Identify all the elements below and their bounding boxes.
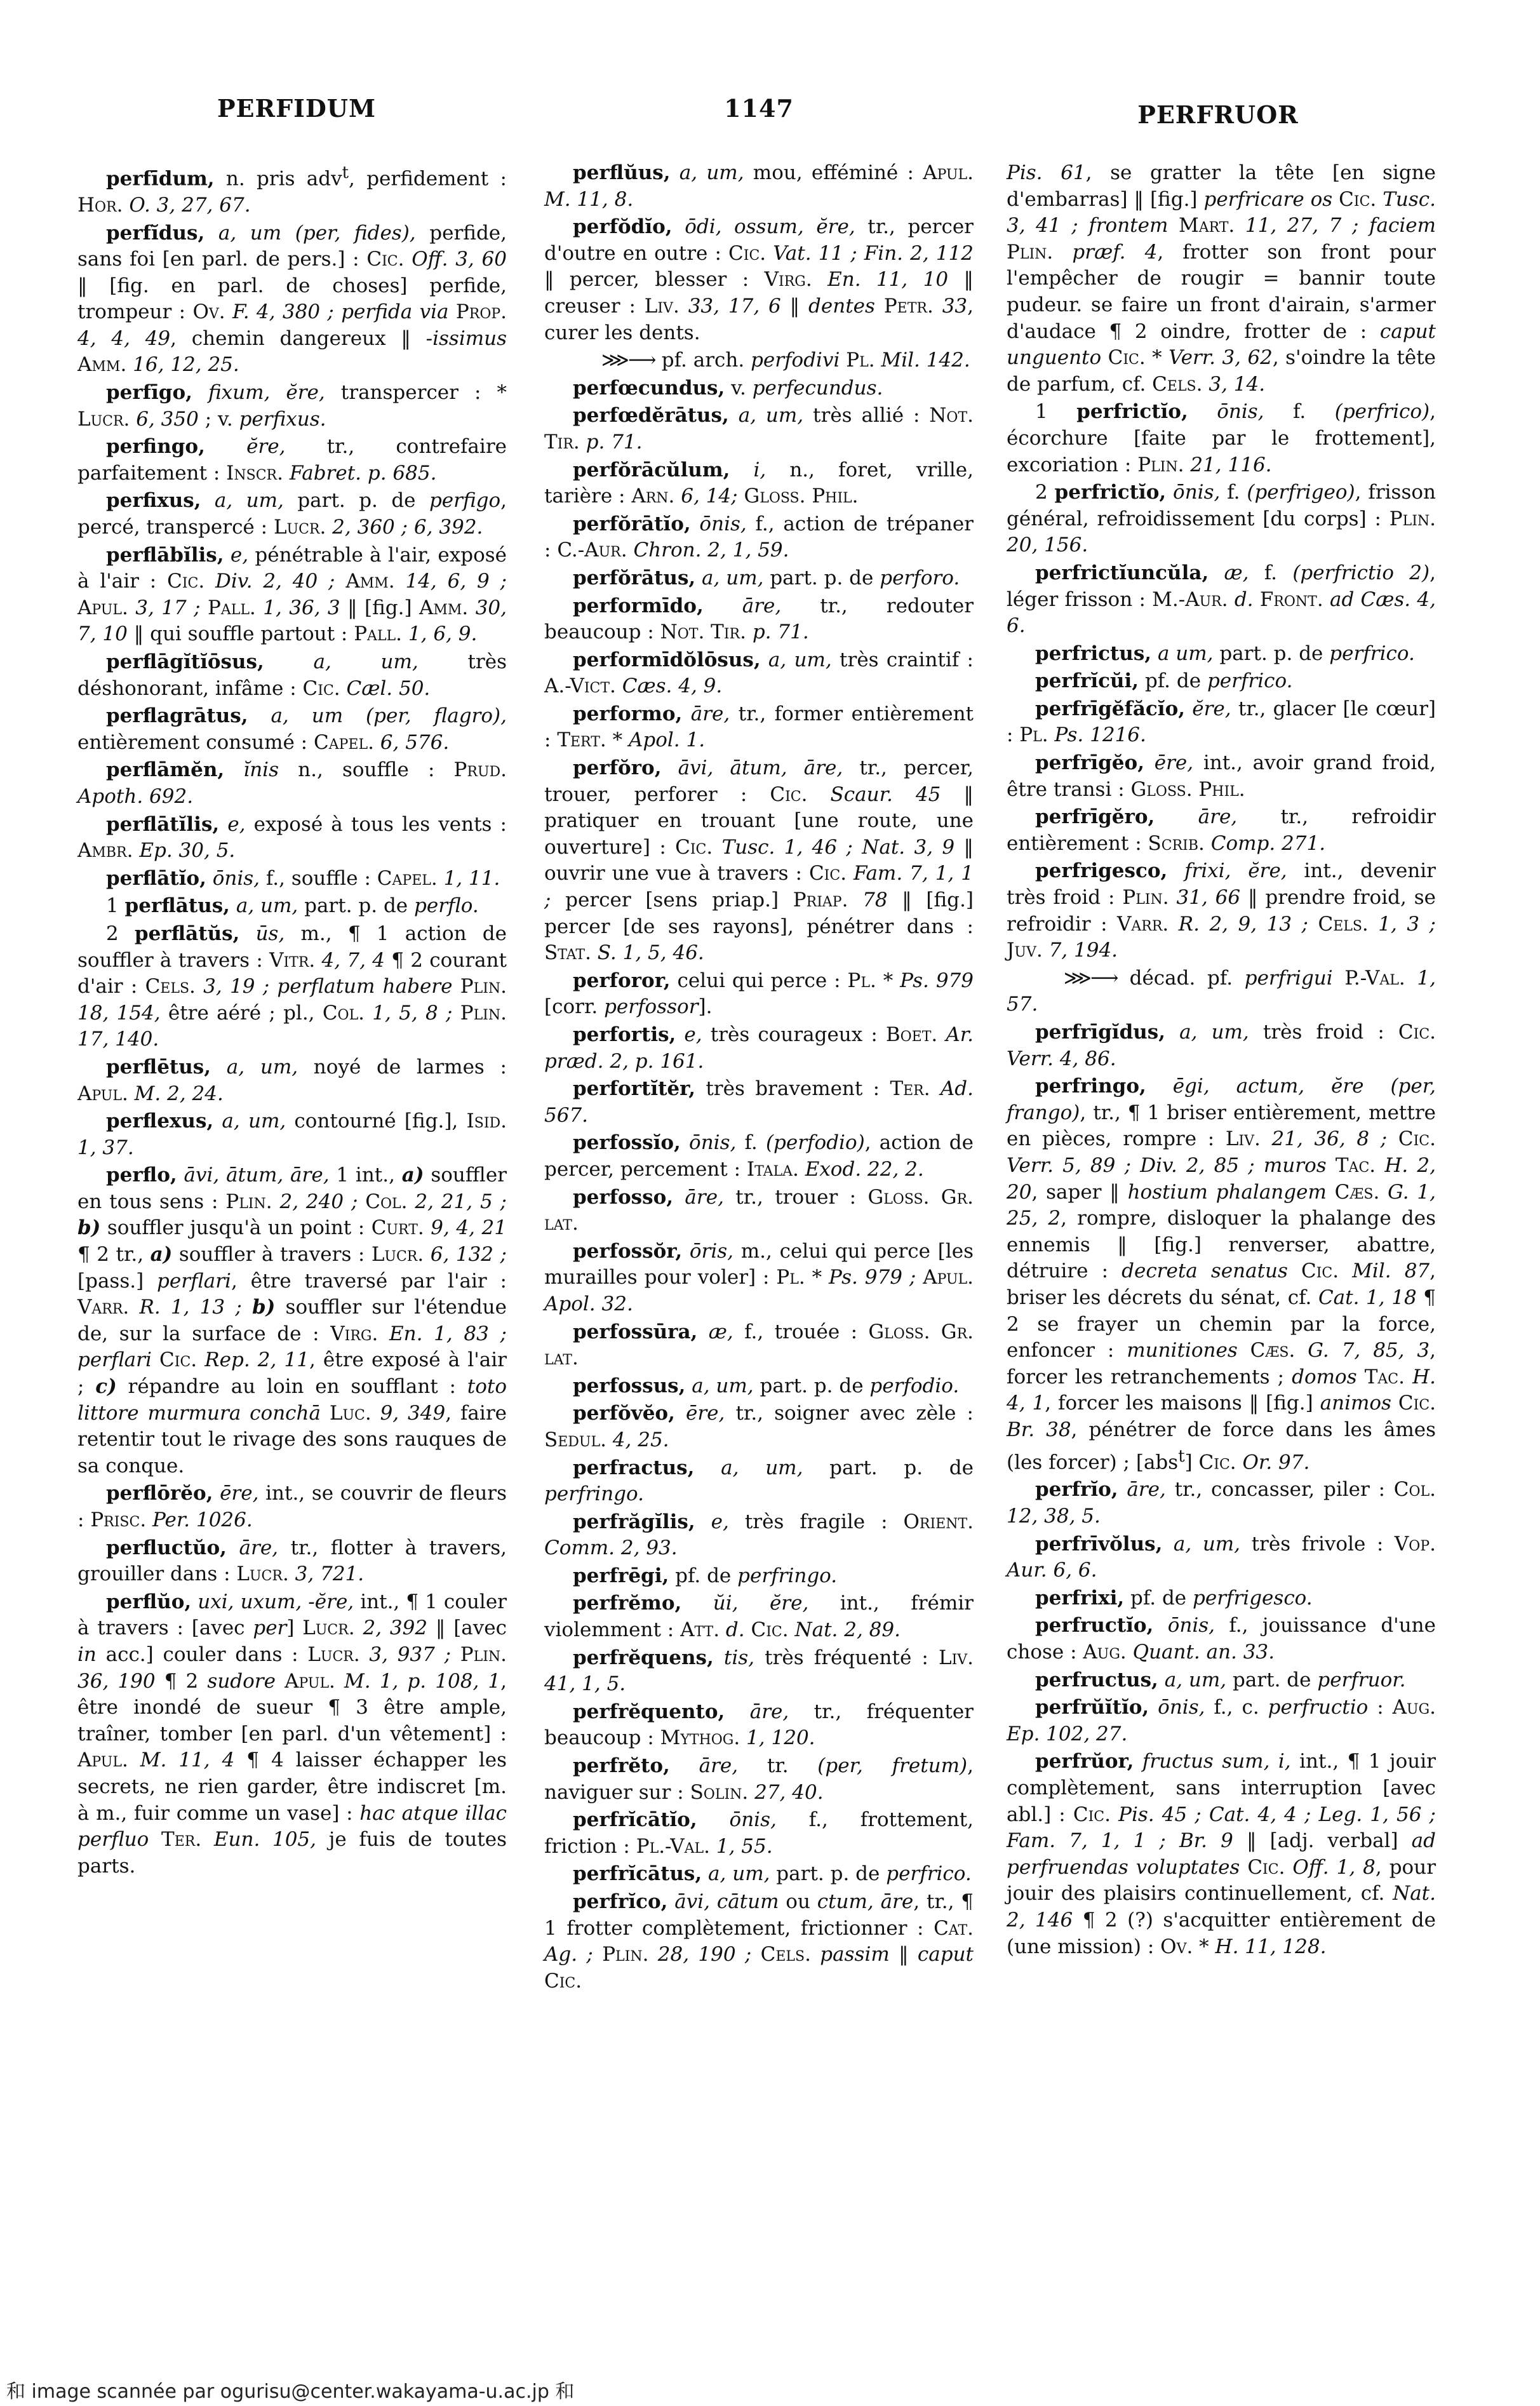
entry-text: a, um,	[761, 649, 832, 671]
headword: perfrīgĭdus,	[1035, 1021, 1165, 1044]
entry-text: Rep. 2, 11	[197, 1348, 309, 1371]
dictionary-entry: 2 perfrictĭo, ōnis, f. (perfrigeo), fris…	[1007, 480, 1436, 559]
entry-text	[738, 485, 744, 507]
entry-text: e,	[695, 1510, 729, 1533]
entry-text: āvi, ātum, āre,	[661, 756, 843, 779]
headword: perfrĭo,	[1035, 1478, 1118, 1501]
author-abbreviation: Juv.	[1007, 939, 1043, 962]
author-abbreviation: Pall.	[208, 596, 256, 619]
dictionary-entry: perflexus, a, um, contourné [fig.], Isid…	[77, 1108, 507, 1161]
entry-text	[1308, 913, 1318, 936]
dictionary-entry: perfŏrātus, a, um, part. p. de perforo.	[544, 565, 974, 592]
headword: perfĭdus,	[106, 222, 204, 245]
entry-text: 4, 25.	[606, 1428, 669, 1451]
entry-text: ēre,	[1144, 751, 1193, 774]
entry-text: a, um,	[1158, 1669, 1226, 1691]
entry-text: 1 int.,	[330, 1164, 402, 1186]
author-abbreviation: Not. Tir.	[660, 621, 746, 643]
dictionary-entry: 1 perflātus, a, um, part. p. de perflo.	[77, 893, 507, 920]
entry-text: ŭi, ĕre,	[681, 1592, 808, 1615]
entry-text: Mil. 142.	[875, 349, 970, 372]
entry-text: perfodio.	[869, 1374, 959, 1397]
entry-text: ōnis,	[1149, 1696, 1205, 1719]
entry-text: Verr. 5, 89 ; Div. 2, 85 ; muros	[1007, 1154, 1327, 1177]
entry-text: ctum, āre	[817, 1890, 913, 1913]
author-abbreviation: Pl.-Val.	[636, 1835, 710, 1858]
headword: perfrēgi,	[573, 1564, 669, 1587]
entry-text: a)	[151, 1243, 173, 1266]
entry-text: ; v.	[199, 408, 239, 431]
entry-text: *	[805, 1266, 829, 1289]
entry-text: a, um,	[1165, 1021, 1249, 1044]
entry-text: passim	[811, 1943, 890, 1966]
entry-text: t	[1178, 1447, 1184, 1466]
dictionary-entry: perfrīgĕfăcĭo, ĕre, tr., glacer [le cœur…	[1007, 696, 1436, 749]
entry-text: 3, 721.	[289, 1563, 364, 1585]
headword: perflagrātus,	[106, 704, 248, 727]
author-abbreviation: Pl.	[847, 969, 876, 992]
headword: perfossūra,	[573, 1321, 697, 1343]
entry-text: tr.	[738, 1754, 817, 1777]
entry-text: āvi, cātum	[667, 1890, 779, 1913]
entry-text: āre,	[682, 702, 730, 725]
headword: perfīgo,	[106, 381, 192, 404]
entry-text: Off. 1, 8	[1285, 1856, 1375, 1879]
dictionary-entry: perfortĭtĕr, très bravement : Ter. Ad. 5…	[544, 1076, 974, 1129]
entry-text: Ps. 1216.	[1048, 723, 1146, 746]
author-abbreviation: Tac.	[1365, 1366, 1405, 1388]
entry-text: ‖ qui souffle partout :	[128, 622, 354, 645]
dictionary-entry: performo, āre, tr., former entièrement :…	[544, 701, 974, 754]
entry-text: a um,	[1151, 642, 1213, 665]
entry-text: Ps. 979 ;	[829, 1266, 916, 1289]
entry-text: -issimus	[426, 327, 507, 350]
entry-text: v.	[725, 377, 752, 400]
entry-text: 78	[848, 889, 887, 911]
entry-text: perfrigesco.	[1193, 1587, 1313, 1610]
dictionary-entry: perflagrātus, a, um (per, flagro), entiè…	[77, 703, 507, 756]
entry-text	[1238, 1339, 1250, 1362]
entry-text: t	[342, 163, 349, 182]
entry-text: pf. de	[1139, 669, 1207, 692]
entry-text: très froid :	[1249, 1021, 1398, 1044]
dictionary-entry: perfossŏr, ōris, m., celui qui perce [le…	[544, 1239, 974, 1318]
entry-text: ‖ percer, blesser :	[544, 268, 765, 291]
dictionary-entry: perfossūra, æ, f., trouée : Gloss. Gr. l…	[544, 1319, 974, 1372]
author-abbreviation: Plin.	[225, 1190, 272, 1213]
headword: perfrictus,	[1035, 642, 1151, 665]
dictionary-entry: perfortis, e, très courageux : Boet. Ar.…	[544, 1022, 974, 1075]
headword: perfrŭĭtĭo,	[1035, 1696, 1149, 1719]
dictionary-entry: perfrĕmo, ŭi, ĕre, int., frémir violemme…	[544, 1590, 974, 1643]
entry-text: a, um,	[1162, 1533, 1240, 1556]
entry-text: ōnis,	[1166, 481, 1220, 504]
entry-text: 2	[1035, 481, 1055, 504]
headword: perfrĕquens,	[573, 1646, 714, 1669]
author-abbreviation: M.-Aur.	[1152, 588, 1228, 611]
author-abbreviation: Plin.	[1389, 507, 1436, 530]
entry-text: 1, 6, 9.	[402, 622, 477, 645]
entry-text: 1, 11.	[438, 867, 500, 890]
entry-text: 1, 36, 3	[256, 596, 340, 619]
author-abbreviation: Cic.	[770, 783, 807, 806]
dictionary-entry: ⋙⟶ décad. pf. perfrigui P.-Val. 1, 57.	[1007, 965, 1436, 1018]
entry-text: āre,	[1155, 805, 1237, 828]
dictionary-entry: perfingo, ĕre, tr., contrefaire parfaite…	[77, 434, 507, 487]
dictionary-entry: perflŭus, a, um, mou, efféminé : Apul. M…	[544, 160, 974, 213]
headword: perflāgĭtĭōsus,	[106, 650, 264, 673]
entry-text: 16, 12, 25.	[126, 353, 239, 376]
entry-text: 3, 17 ;	[128, 596, 201, 619]
author-abbreviation: Amm.	[345, 570, 394, 593]
author-abbreviation: Apul.	[77, 596, 128, 619]
dictionary-entry: perflāgĭtĭōsus, a, um, très déshonorant,…	[77, 649, 507, 702]
entry-text	[451, 1643, 460, 1666]
author-abbreviation: Vop.	[1395, 1533, 1436, 1556]
entry-text: [corr.	[544, 995, 604, 1018]
entry-text: 17, 140.	[77, 1028, 159, 1051]
entry-text: f.	[1220, 481, 1247, 504]
author-abbreviation: Apul.	[923, 161, 974, 184]
author-abbreviation: Hor.	[77, 194, 123, 217]
author-abbreviation: Lucr.	[77, 408, 130, 431]
author-abbreviation: Sedul.	[544, 1428, 606, 1451]
entry-text: Eun. 105,	[201, 1828, 316, 1851]
entry-text: 2, 21, 5 ;	[408, 1190, 507, 1213]
entry-text: O. 3, 27, 67.	[123, 194, 251, 217]
entry-text: perfrigui	[1245, 967, 1333, 990]
headword: perflātĭlis,	[106, 813, 219, 836]
entry-text: 41, 1, 5.	[544, 1672, 626, 1695]
entry-text: fructus sum, i,	[1134, 1750, 1290, 1773]
entry-text: caput	[918, 1943, 974, 1966]
headword: perfrăgĭlis,	[573, 1510, 695, 1533]
entry-text: d.	[1228, 588, 1254, 611]
entry-text	[593, 1943, 602, 1966]
author-abbreviation: Inscr.	[226, 462, 283, 485]
entry-text: āre,	[227, 1536, 278, 1559]
author-abbreviation: Prop.	[456, 300, 507, 323]
entry-text	[152, 1348, 159, 1371]
entry-text: dentes	[808, 295, 875, 318]
entry-text	[149, 1828, 161, 1851]
author-abbreviation: Plin.	[1137, 454, 1184, 476]
entry-text: Ag. ;	[544, 1943, 593, 1966]
dictionary-entry: perfrŭor, fructus sum, i, int., ¶ 1 joui…	[1007, 1749, 1436, 1960]
headword: perfŏrācŭlum,	[573, 459, 730, 481]
author-abbreviation: Lucr.	[372, 1243, 424, 1266]
entry-text: 11, 27, 7 ; faciem	[1235, 214, 1436, 237]
entry-text: souffler à travers :	[172, 1243, 372, 1266]
headword: perfŏvĕo,	[573, 1402, 675, 1425]
dictionary-entry: perfīdum, n. pris advt, perfidement : Ho…	[77, 160, 507, 219]
headword: perfrīgĕro,	[1035, 805, 1155, 828]
author-abbreviation: Plin.	[460, 1002, 507, 1025]
entry-text: f.	[1249, 561, 1293, 584]
author-abbreviation: Cels.	[1318, 913, 1368, 936]
entry-text: Aur. 6, 6.	[1007, 1559, 1097, 1582]
dictionary-entry: perfrĕquento, āre, tr., fréquenter beauc…	[544, 1699, 974, 1752]
entry-text: fixum, ĕre,	[192, 381, 325, 404]
dictionary-entry: perfossus, a, um, part. p. de perfodio.	[544, 1373, 974, 1400]
entry-text: M. 11, 4	[128, 1749, 235, 1771]
dictionary-entry: perfrīgĕro, āre, tr., refroidir entièrem…	[1007, 804, 1436, 857]
dictionary-entry: perfructus, a, um, part. de perfruor.	[1007, 1667, 1436, 1694]
entry-text: ōdi, ossum, ĕre,	[673, 215, 855, 238]
entry-text: Pis. 61	[1007, 161, 1086, 184]
entry-text: animos	[1320, 1392, 1391, 1415]
entry-text: Br. 38	[1007, 1418, 1071, 1441]
dictionary-entry: perfixus, a, um, part. p. de perfigo, pe…	[77, 488, 507, 541]
entry-text: āre,	[670, 1754, 738, 1777]
entry-text: Mil. 87	[1339, 1260, 1430, 1282]
entry-text: f., souffle :	[260, 867, 377, 890]
entry-text: (perfodio)	[766, 1131, 865, 1154]
entry-text: domos	[1292, 1366, 1356, 1388]
entry-text: a, um,	[213, 1110, 286, 1132]
entry-text	[745, 1618, 751, 1641]
author-abbreviation: Pl.	[846, 349, 874, 372]
entry-text: acc.] couler dans :	[97, 1643, 307, 1666]
author-abbreviation: Cic.	[167, 570, 204, 593]
entry-text: ēre,	[675, 1402, 725, 1425]
headword: perfrĕquento,	[573, 1700, 725, 1723]
entry-text: Cæl. 50.	[340, 677, 431, 700]
dictionary-entry: perfīgo, fixum, ĕre, transpercer : * Luc…	[77, 380, 507, 433]
entry-text: perfixus.	[239, 408, 326, 431]
entry-text: uxi, uxum, -ĕre,	[191, 1590, 354, 1613]
headword: perfosso,	[573, 1186, 673, 1209]
entry-text	[1332, 188, 1339, 211]
author-abbreviation: Amm.	[77, 353, 126, 376]
author-abbreviation: Boet.	[886, 1023, 937, 1046]
headword: perfŏro,	[573, 756, 662, 779]
entry-text: part. p. de	[298, 894, 414, 917]
entry-text: b)	[252, 1296, 275, 1319]
entry-text: ēre,	[213, 1482, 258, 1505]
entry-text: 27, 40.	[748, 1781, 823, 1804]
entry-text	[1333, 967, 1345, 990]
entry-text: perfricare os	[1203, 188, 1332, 211]
entry-text: i,	[730, 459, 766, 481]
entry-text: *	[606, 729, 629, 751]
dictionary-entry: perfrictus, a um, part. p. de perfrico.	[1007, 641, 1436, 668]
author-abbreviation: Pl.	[1019, 723, 1048, 746]
entry-text: 1, 55.	[710, 1835, 773, 1858]
entry-text: ‖ [fig.]	[340, 596, 419, 619]
entry-text: a, um (per, fides),	[204, 222, 415, 245]
entry-text	[358, 1190, 365, 1213]
author-abbreviation: Cic.	[728, 242, 766, 265]
entry-text: a, um,	[694, 1456, 803, 1479]
entry-text: Ep. 102, 27.	[1007, 1723, 1127, 1745]
dictionary-entry: perfrăgĭlis, e, très fragile : Orient. C…	[544, 1509, 974, 1562]
entry-text: ¶ 2	[156, 1670, 208, 1693]
entry-text: a, um,	[211, 1056, 298, 1079]
author-abbreviation: Tac.	[1336, 1154, 1376, 1177]
author-abbreviation: Curt.	[372, 1216, 424, 1239]
entry-text: tis,	[714, 1646, 754, 1669]
headword: perflāmĕn,	[106, 758, 224, 781]
entry-text: 33, 17, 6	[680, 295, 781, 318]
entry-text	[1327, 1181, 1335, 1204]
entry-text: noyé de larmes :	[298, 1056, 507, 1079]
entry-text: āvi, ātum, āre,	[177, 1164, 330, 1186]
headword: perfixus,	[106, 489, 201, 512]
entry-text: :	[1368, 1696, 1392, 1719]
entry-text: 4, 7, 4	[315, 949, 385, 972]
author-abbreviation: Cic.	[1108, 346, 1146, 369]
entry-text: 2, 392	[355, 1616, 427, 1639]
entry-text: perflo.	[414, 894, 479, 917]
entry-text: part. p. de	[754, 1374, 870, 1397]
headword: perflētus,	[106, 1056, 211, 1079]
dictionary-entry: perfrĕto, āre, tr. (per, fretum), navigu…	[544, 1753, 974, 1806]
entry-text: æ,	[1209, 561, 1249, 584]
dictionary-entry: perfŏvĕo, ēre, tr., soigner avec zèle : …	[544, 1401, 974, 1453]
entry-text: Per. 1026.	[146, 1509, 253, 1531]
dictionary-entry: perfossĭo, ōnis, f. (perfodio), action d…	[544, 1130, 974, 1183]
entry-text: perfructio	[1268, 1696, 1369, 1719]
author-abbreviation: Mart.	[1179, 214, 1235, 237]
entry-text: être aéré ; pl.,	[161, 1002, 323, 1025]
entry-text: *	[876, 969, 900, 992]
entry-text: ‖ [avec	[427, 1616, 507, 1639]
dictionary-entry: performīdŏlōsus, a, um, très craintif : …	[544, 647, 974, 700]
scan-credit-footer: 和 image scannée par ogurisu@center.wakay…	[6, 2376, 574, 2403]
entry-text: 21, 116.	[1184, 454, 1272, 476]
dictionary-entry: perflātĭo, ōnis, f., souffle : Capel. 1,…	[77, 866, 507, 892]
author-abbreviation: Isid.	[467, 1110, 507, 1132]
entry-text: ĕre,	[205, 435, 286, 458]
entry-text: f.	[736, 1131, 766, 1154]
entry-text: perfringo.	[544, 1482, 644, 1505]
author-abbreviation: Ter.	[161, 1828, 201, 1851]
author-abbreviation: Cels.	[761, 1943, 811, 1966]
entry-text: decreta senatus	[1122, 1260, 1288, 1282]
dictionary-entry: perfringo, ēgi, actum, ĕre (per, frango)…	[1007, 1073, 1436, 1475]
author-abbreviation: Lucr.	[302, 1616, 354, 1639]
entry-text: Apol. 1.	[629, 729, 705, 751]
headword: perflōrĕo,	[106, 1482, 213, 1505]
dictionary-entry: perfrixi, pf. de perfrigesco.	[1007, 1585, 1436, 1612]
headword: perfrictĭo,	[1055, 481, 1167, 504]
entry-text: pf. de	[1124, 1587, 1193, 1610]
dictionary-entry: perfŏrātĭo, ōnis, f., action de trépaner…	[544, 511, 974, 564]
dictionary-entry: perflātĭlis, e, exposé à tous les vents …	[77, 812, 507, 864]
headword: perfossus,	[573, 1374, 685, 1397]
entry-text: part. p. de	[770, 1862, 886, 1885]
entry-text	[1357, 1366, 1365, 1388]
entry-text: 18, 154,	[77, 1002, 161, 1025]
headword: perfrĭco,	[573, 1890, 668, 1913]
headword: perfrĭcātus,	[573, 1862, 702, 1885]
entry-text	[452, 1002, 460, 1025]
entry-text: ].	[699, 995, 713, 1018]
dictionary-entry: perflābĭlis, e, pénétrable à l'air, expo…	[77, 542, 507, 648]
headword: perfortis,	[573, 1023, 676, 1046]
author-abbreviation: Luc.	[330, 1402, 372, 1425]
dictionary-entry: perfrictĭuncŭla, æ, f. (perfrictio 2), l…	[1007, 560, 1436, 640]
entry-text: *	[1146, 346, 1168, 369]
entry-text: 6, 132 ;	[424, 1243, 507, 1266]
entry-text	[1327, 1154, 1336, 1177]
dictionary-entry: perfŏrācŭlum, i, n., foret, vrille, tari…	[544, 457, 974, 510]
author-abbreviation: Ov.	[1160, 1935, 1193, 1958]
dictionary-entry: perfractus, a, um, part. p. de perfringo…	[544, 1455, 974, 1508]
entry-text: f., trouée :	[733, 1321, 869, 1343]
entry-text: , perfidement :	[349, 167, 507, 190]
entry-text: 33	[934, 295, 967, 318]
entry-text: M. 2, 24.	[128, 1082, 224, 1105]
entry-text: a, um,	[702, 1862, 770, 1885]
entry-text: frixi, ĕre,	[1167, 859, 1287, 882]
entry-text: ĭnis	[224, 758, 279, 781]
author-abbreviation: Prud.	[454, 758, 507, 781]
entry-text: très craintif :	[832, 649, 974, 671]
author-abbreviation: Orient.	[903, 1510, 974, 1533]
entry-text	[335, 570, 345, 593]
entry-text: Apol. 32.	[544, 1293, 633, 1315]
dictionary-column-3: Pis. 61, se gratter la tête [en signe d'…	[1007, 160, 1436, 1961]
entry-text: ōnis,	[691, 513, 747, 535]
entry-text: , être traversé par l'air :	[231, 1270, 507, 1293]
entry-text: munitiones	[1127, 1339, 1238, 1362]
author-abbreviation: A.-Vict.	[544, 675, 616, 697]
author-abbreviation: Stat.	[544, 941, 591, 964]
entry-text: 3, 937 ;	[360, 1643, 451, 1666]
dictionary-entry: perfosso, āre, tr., trouer : Gloss. Gr. …	[544, 1185, 974, 1237]
author-abbreviation: Gloss. Phil.	[744, 485, 858, 507]
entry-text: Quant. an. 33.	[1127, 1641, 1275, 1663]
headword: perfrixi,	[1035, 1587, 1124, 1610]
headword: perflŭo,	[106, 1590, 191, 1613]
entry-text: Vat. 11 ; Fin. 2, 112	[766, 242, 974, 265]
entry-text	[1387, 1127, 1398, 1150]
entry-text: , chemin dangereux ‖	[170, 327, 425, 350]
headword: perfrĭcātĭo,	[573, 1808, 697, 1831]
entry-text: 1, 120.	[740, 1726, 815, 1749]
entry-text: Ep. 30, 5.	[133, 839, 236, 862]
entry-text: e,	[224, 544, 249, 567]
entry-text: très fréquenté :	[754, 1646, 939, 1669]
author-abbreviation: Plin.	[460, 975, 507, 998]
dictionary-entry: perfŏro, āvi, ātum, āre, tr., percer, tr…	[544, 755, 974, 967]
dictionary-entry: perfrīgĕo, ēre, int., avoir grand froid,…	[1007, 750, 1436, 803]
headword: perfrīgĕo,	[1035, 751, 1144, 774]
author-abbreviation: Front.	[1260, 588, 1323, 611]
headword: perfrĭcŭi,	[1035, 669, 1139, 692]
author-abbreviation: Cic.	[1073, 1803, 1111, 1826]
running-head-left: PERFIDUM	[217, 94, 376, 123]
entry-text: transpercer : *	[325, 381, 507, 404]
dictionary-entry: perfluctŭo, āre, tr., flotter à travers,…	[77, 1535, 507, 1588]
dictionary-entry: perfŏdĭo, ōdi, ossum, ĕre, tr., percer d…	[544, 214, 974, 346]
author-abbreviation: Cæs.	[1335, 1181, 1380, 1204]
author-abbreviation: Liv.	[1226, 1127, 1261, 1150]
entry-text: perfringo.	[737, 1564, 837, 1587]
entry-text: æ,	[697, 1321, 733, 1343]
headword: perfrīgĕfăcĭo,	[1035, 697, 1185, 720]
author-abbreviation: Cels.	[1152, 373, 1202, 396]
entry-text: répandre au loin en soufflant :	[117, 1375, 467, 1398]
author-abbreviation: Plin.	[460, 1643, 507, 1666]
dictionary-entry: 1 perfrictĭo, ōnis, f. (perfrico), écorc…	[1007, 399, 1436, 478]
entry-text	[321, 1402, 330, 1425]
entry-text: f.	[1264, 400, 1335, 423]
entry-text: 3, 14.	[1203, 373, 1266, 396]
entry-text: 9, 349	[372, 1402, 446, 1425]
